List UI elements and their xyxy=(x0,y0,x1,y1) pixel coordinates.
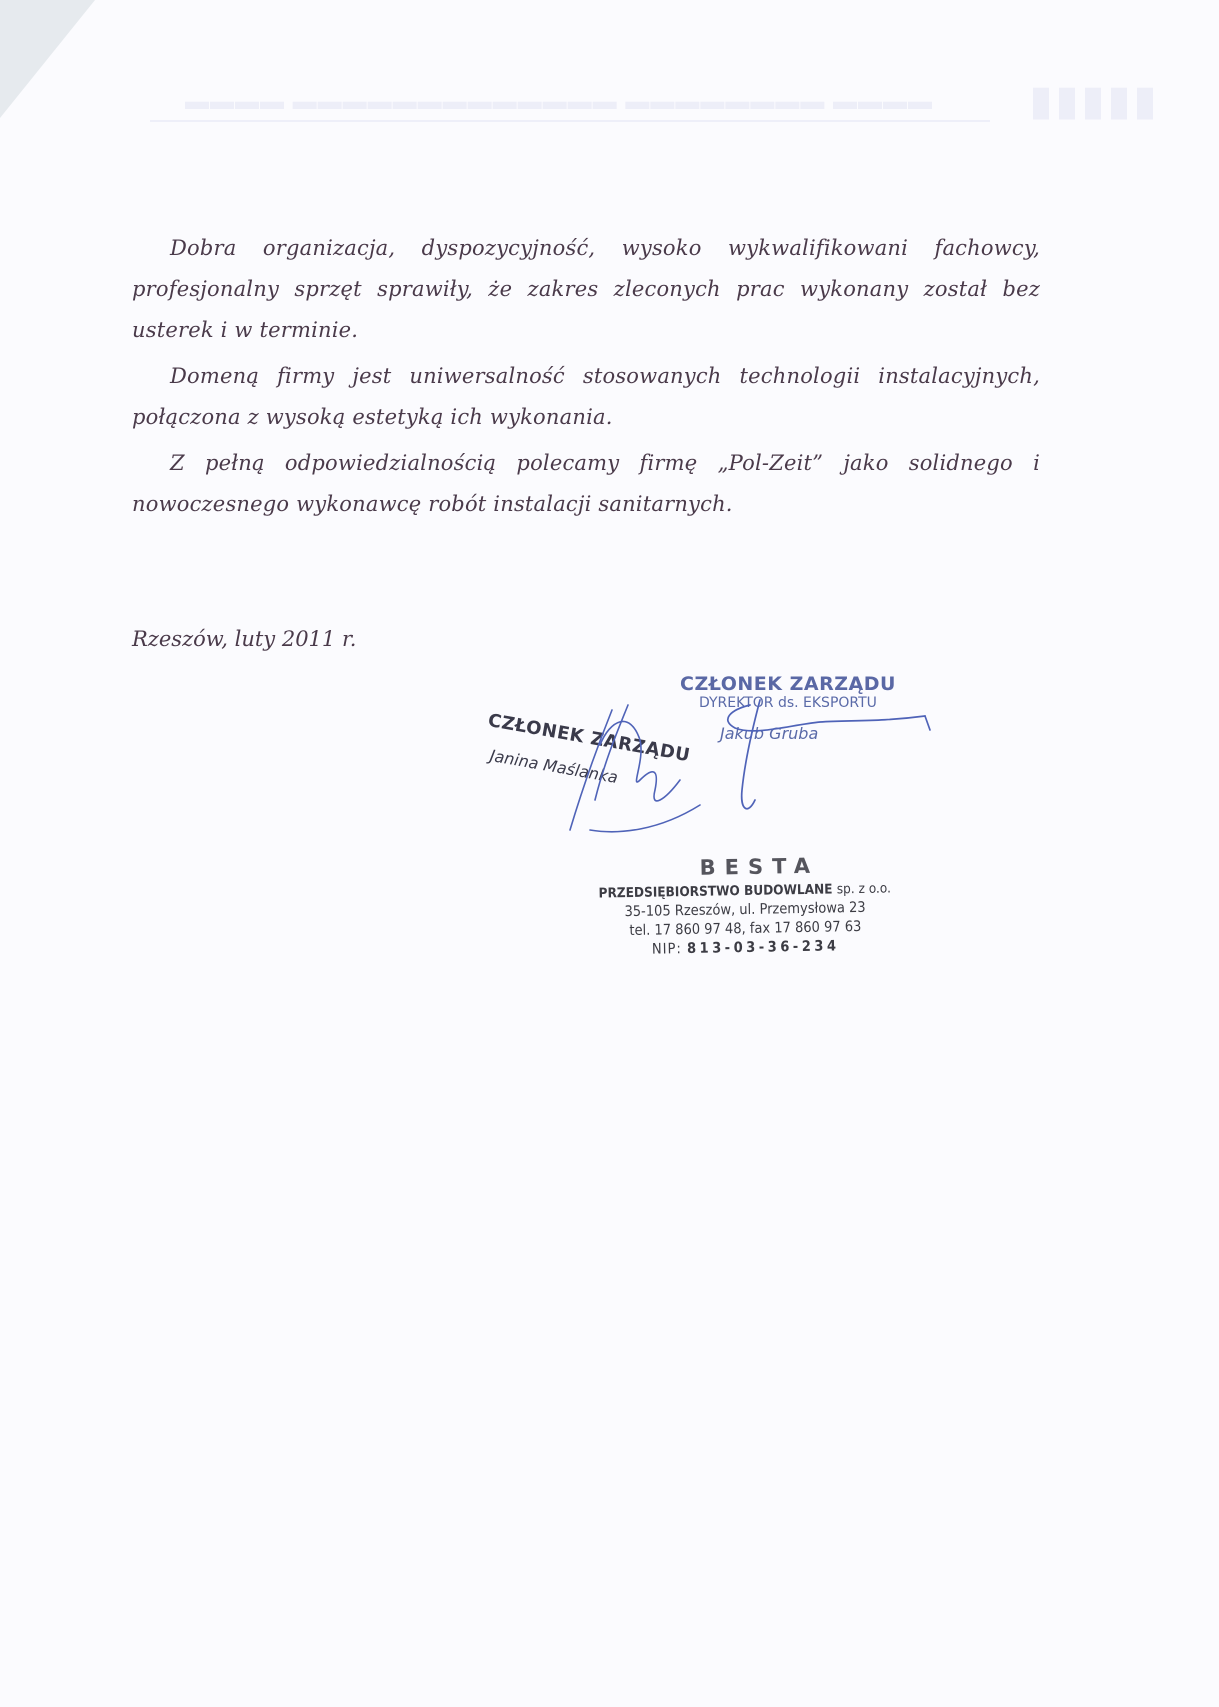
paragraph-organization: Dobra organizacja, dyspozycyjność, wysok… xyxy=(132,228,1040,351)
company-address: 35-105 Rzeszów, ul. Przemysłowa 23 xyxy=(570,899,920,921)
company-name: PRZEDSIĘBIORSTWO BUDOWLANE xyxy=(598,881,832,901)
bleed-through-letterhead: ▬▬▬▬ ▬▬▬▬▬▬▬▬▬▬▬▬▬ ▬▬▬▬▬▬▬▬ ▬▬▬▬ xyxy=(185,88,933,116)
company-brand: BESTA xyxy=(599,852,919,882)
signatory-right-subtitle: DYREKTOR ds. EKSPORTU xyxy=(680,695,896,711)
place-date: Rzeszów, luty 2011 r. xyxy=(132,627,356,651)
signatory-stamp-left: CZŁONEK ZARZĄDU Janina Maślanka xyxy=(481,710,692,799)
paragraph-recommendation: Z pełną odpowiedzialnością polecamy firm… xyxy=(132,443,1040,525)
bleed-through-logo: ▮▮▮▮▮ xyxy=(1030,78,1160,124)
company-legal-form: sp. z o.o. xyxy=(837,880,891,897)
signatory-stamp-right: CZŁONEK ZARZĄDU DYREKTOR ds. EKSPORTU Ja… xyxy=(680,673,896,743)
page-corner-fold xyxy=(0,0,95,118)
nip-value: 813-03-36-234 xyxy=(687,938,840,957)
signatory-right-title: CZŁONEK ZARZĄDU xyxy=(680,673,896,695)
bleed-through-rule xyxy=(150,120,990,122)
company-stamp: BESTA PRZEDSIĘBIORSTWO BUDOWLANE sp. z o… xyxy=(569,852,921,959)
paragraph-domain: Domeną firmy jest uniwersalność stosowan… xyxy=(132,356,1040,438)
nip-label: NIP: xyxy=(652,941,682,958)
company-name-line: PRZEDSIĘBIORSTWO BUDOWLANE sp. z o.o. xyxy=(570,880,920,902)
letter-body: Dobra organizacja, dyspozycyjność, wysok… xyxy=(132,228,1040,530)
company-contact: tel. 17 860 97 48, fax 17 860 97 63 xyxy=(570,918,920,940)
signatory-right-name: Jakub Gruba xyxy=(720,724,896,743)
company-nip: NIP: 813-03-36-234 xyxy=(571,937,921,959)
